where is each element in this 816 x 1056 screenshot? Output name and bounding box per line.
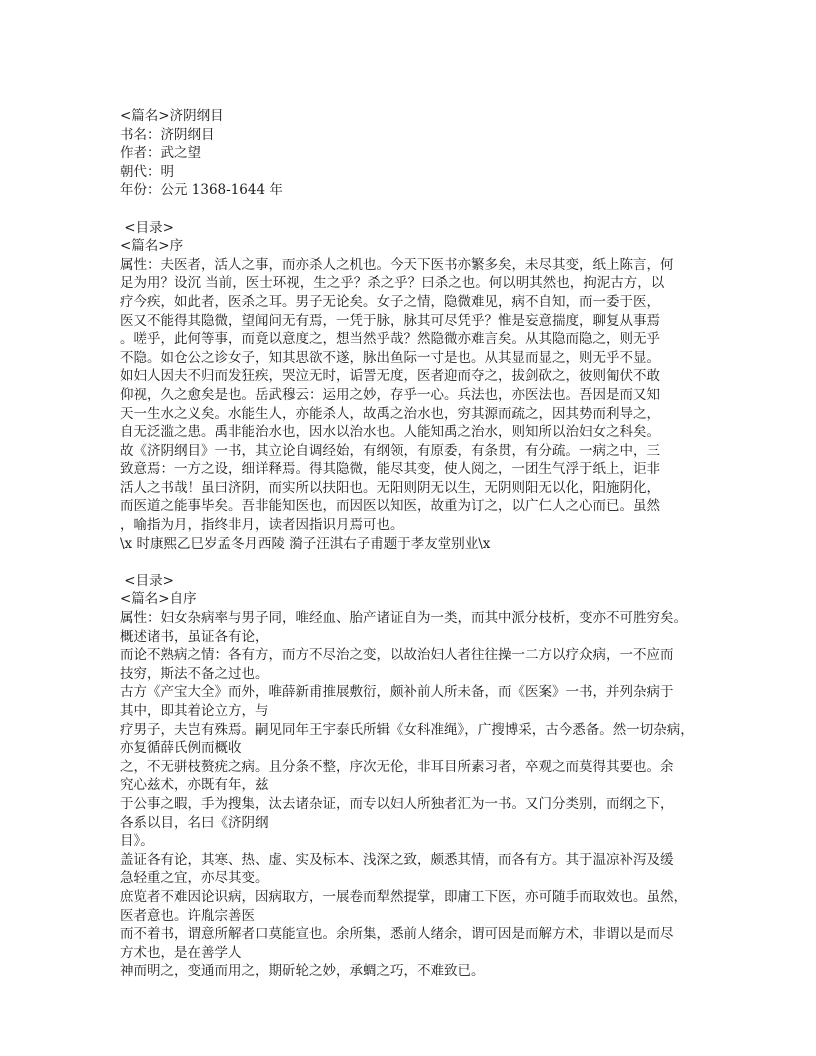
body-line: 古方《产宝大全》而外，唯薛新甫推展敷衍，颇补前人所未备，而《医案》一书，并列杂病… <box>120 683 710 702</box>
document-page: <篇名>济阴纲目 书名：济阴纲目 作者：武之望 朝代：明 年份：公元 1368-… <box>120 107 710 981</box>
body-line: 而不着书，谓意所解者口莫能宣也。余所集，悉前人绪余，谓可因是而解方术，非谓以是而… <box>120 925 710 944</box>
body-line: 神而明之，变通而用之，期斫轮之妙，承蜩之巧，不难致已。 <box>120 962 710 981</box>
body-line: 方术也，是在善学人 <box>120 944 710 963</box>
body-line: 急轻重之宜，亦尽其变。 <box>120 869 710 888</box>
body-line: 故《济阴纲目》一书，其立论自调经始，有纲领，有原委，有条贯，有分疏。一病之中，三 <box>120 442 710 461</box>
body-line: 疗今疾，如此者，医杀之耳。男子无论矣。女子之情，隐微难见，病不自知，而一委于医， <box>120 293 710 312</box>
toc-tag: <目录> <box>120 572 710 591</box>
body-line: 其中，即其着论立方，与 <box>120 702 710 721</box>
body-line: 自无泛滥之患。禹非能治水也，因水以治水也。人能知禹之治水，则知所以治妇女之科矣。 <box>120 423 710 442</box>
body-line: 仰视，久之愈矣是也。岳武穆云：运用之妙，存乎一心。兵法也，亦医法也。吾因是而又知 <box>120 386 710 405</box>
body-line: 疗男子，夫岂有殊焉。嗣见同年王宇泰氏所辑《女科准绳》，广搜博采，古今悉备。然一切… <box>120 721 710 740</box>
body-line: 于公事之暇，手为搜集，汰去诸杂证，而专以妇人所独者汇为一书。又门分类别，而纲之下… <box>120 795 710 814</box>
body-line: 之，不无骈枝赘疣之病。且分条不整，序次无伦，非耳目所素习者，卒观之而莫得其要也。… <box>120 758 710 777</box>
body-line: 天一生水之义矣。水能生人，亦能杀人，故禹之治水也，穷其源而疏之，因其势而利导之， <box>120 405 710 424</box>
section-author-preface: <目录> <篇名>自序 属性：妇女杂病率与男子同，唯经血、胎产诸证自为一类，而其… <box>120 572 710 981</box>
body-line: 庶览者不难因论识病，因病取方，一展卷而犁然提掌，即庸工下医，亦可随手而取效也。虽… <box>120 888 710 907</box>
body-line: 各系以目，名曰《济阴纲 <box>120 814 710 833</box>
dynasty: 朝代：明 <box>120 163 710 182</box>
book-name: 书名：济阴纲目 <box>120 126 710 145</box>
body-line: 医又不能得其隐微，望闻问无有焉，一凭于脉，脉其可尽凭乎？惟是妄意揣度，聊复从事焉 <box>120 312 710 331</box>
chapter-tag: <篇名>序 <box>120 237 710 256</box>
body-line: 足为用？设沉 当前，医士环视，生之乎？杀之乎？曰杀之也。何以明其然也，拘泥古方，… <box>120 274 710 293</box>
body-line: 。嗟乎，此何等事，而竟以意度之，想当然乎哉？然隐微亦难言矣。从其隐而隐之，则无乎 <box>120 330 710 349</box>
body-line: 活人之书哉！虽曰济阴，而实所以扶阳也。无阳则阴无以生，无阴则阳无以化，阳施阴化， <box>120 479 710 498</box>
body-line: 盖证各有论，其寒、热、虚、实及标本、浅深之致，颇悉其情，而各有方。其于温凉补泻及… <box>120 851 710 870</box>
years: 年份：公元 1368-1644 年 <box>120 181 710 200</box>
body-line: 技穷，斯法不备之过也。 <box>120 665 710 684</box>
body-line: 属性：夫医者，活人之事，而亦杀人之机也。今天下医书亦繁多矣，未尽其变，纸上陈言，… <box>120 256 710 275</box>
body-line: 亦复循薛氏例而概收 <box>120 739 710 758</box>
body-line: 概述诸书，虽证各有论， <box>120 628 710 647</box>
body-line: 目》。 <box>120 832 710 851</box>
chapter-tag: <篇名>自序 <box>120 590 710 609</box>
body-line: 如妇人因夫不归而发狂疾，哭泣无时，诟詈无度，医者迎而夺之，拔剑砍之，彼则匍伏不敢 <box>120 367 710 386</box>
body-line: 而论不熟病之情：各有方，而方不尽治之变，以故治妇人者往往操一二方以疗众病，一不应… <box>120 646 710 665</box>
toc-tag: <目录> <box>120 219 710 238</box>
author: 作者：武之望 <box>120 144 710 163</box>
section-preface: <目录> <篇名>序 属性：夫医者，活人之事，而亦杀人之机也。今天下医书亦繁多矣… <box>120 219 710 554</box>
body-line: 而医道之能事毕矣。吾非能知医也，而因医以知医，故重为订之，以广仁人之心而已。虽然 <box>120 497 710 516</box>
blank-line <box>120 553 710 572</box>
body-line: 医者意也。许胤宗善医 <box>120 907 710 926</box>
title-tag: <篇名>济阴纲目 <box>120 107 710 126</box>
signature-line: \x 时康熙乙巳岁孟冬月西陵 漪子汪淇右子甫题于孝友堂别业\x <box>120 535 710 554</box>
blank-line <box>120 200 710 219</box>
body-line: 究心兹术，亦既有年，兹 <box>120 776 710 795</box>
body-line: 属性：妇女杂病率与男子同，唯经血、胎产诸证自为一类，而其中派分枝析，变亦不可胜穷… <box>120 609 710 628</box>
body-line: 致意焉：一方之设，细详释焉。得其隐微，能尽其变，使人阅之，一团生气浮于纸上，讵非 <box>120 460 710 479</box>
body-line: ，喻指为月，指终非月，读者因指识月焉可也。 <box>120 516 710 535</box>
body-line: 不隐。如仓公之诊女子，知其思欲不遂，脉出鱼际一寸是也。从其显而显之，则无乎不显。 <box>120 349 710 368</box>
